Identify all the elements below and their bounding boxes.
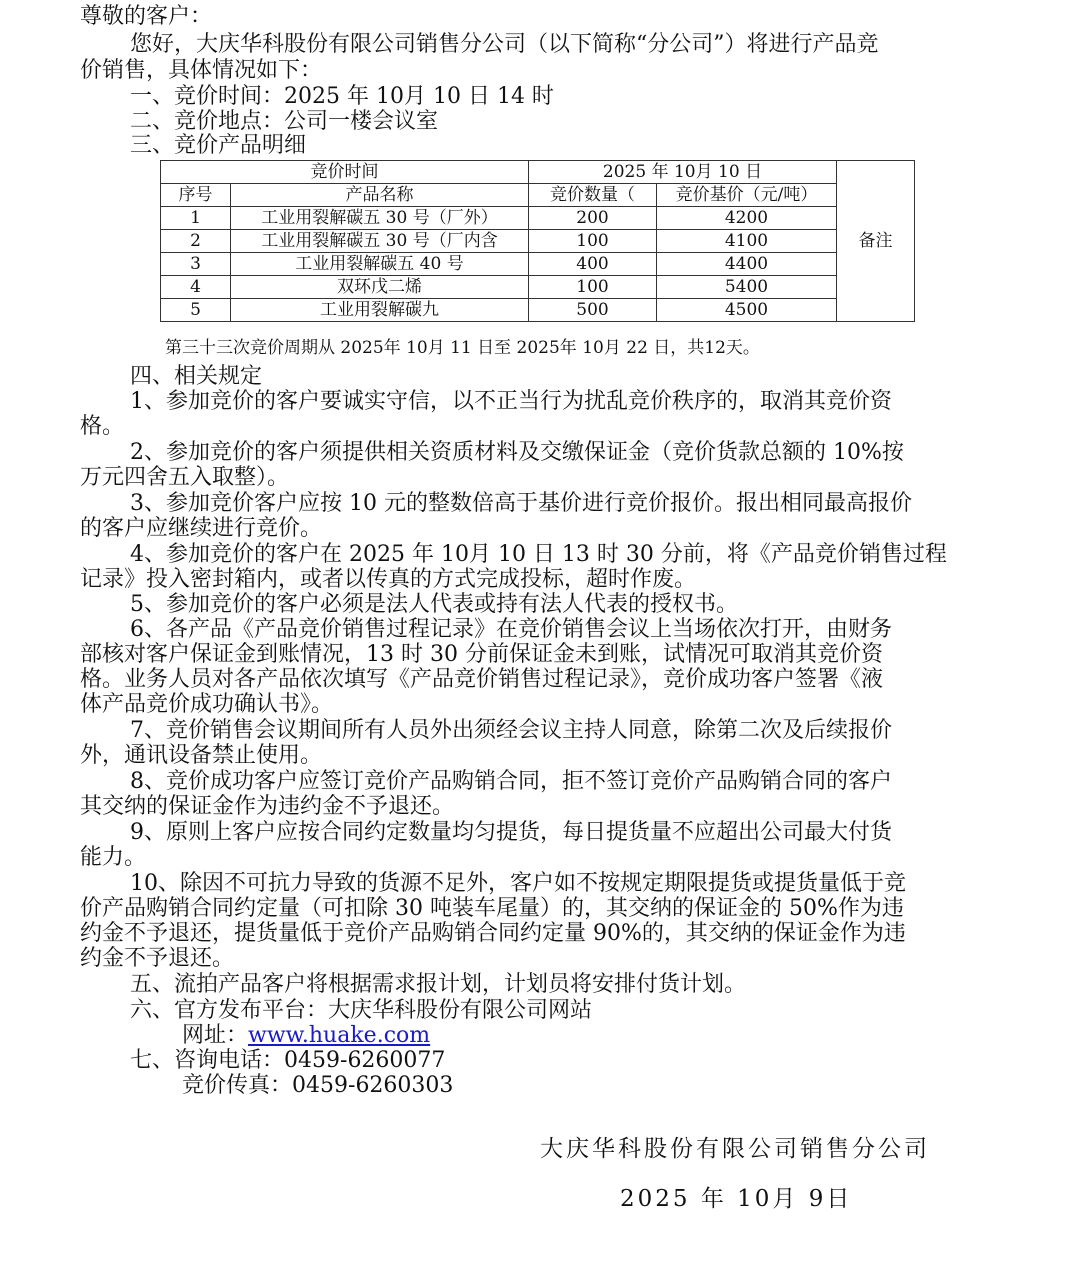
row-qty: 500 [529, 299, 657, 322]
rule-line: 的客户应继续进行竞价。 [80, 516, 322, 542]
rule-line: 记录》投入密封箱内，或者以传真的方式完成投标，超时作废。 [80, 567, 696, 593]
rule-line: 约金不予退还。 [80, 946, 234, 972]
section-bid-location: 二、竞价地点：公司一楼会议室 [130, 109, 438, 135]
rules-title: 四、相关规定 [130, 364, 262, 390]
section-official-platform: 六、官方发布平台：大庆华科股份有限公司网站 [130, 998, 592, 1024]
row-name: 工业用裂解碳五 40 号 [231, 253, 529, 276]
intro-line-2: 价销售，具体情况如下： [80, 58, 322, 84]
rule-line: 格。 [80, 414, 124, 440]
phone-line: 七、咨询电话：0459-6260077 [130, 1048, 445, 1074]
row-price: 4500 [657, 299, 837, 322]
rule-line: 10、除因不可抗力导致的货源不足外，客户如不按规定期限提货或提货量低于竞 [130, 871, 906, 897]
fax-number: 0459-6260303 [292, 1073, 453, 1098]
product-table: 竞价时间 2025 年 10月 10 日 备注 序号 产品名称 竞价数量（ 竞价… [160, 160, 915, 322]
rule-line: 万元四舍五入取整）。 [80, 465, 289, 491]
rule-line: 6、各产品《产品竞价销售过程记录》在竞价销售会议上当场依次打开，由财务 [130, 617, 892, 643]
row-qty: 100 [529, 276, 657, 299]
table-row: 3 工业用裂解碳五 40 号 400 4400 [161, 253, 915, 276]
header-no: 序号 [161, 184, 231, 207]
rule-line: 7、竞价销售会议期间所有人员外出须经会议主持人同意，除第二次及后续报价 [130, 718, 892, 744]
row-no: 1 [161, 207, 231, 230]
header-product-name: 产品名称 [231, 184, 529, 207]
signature-date: 2025 年 10月 9日 [620, 1180, 852, 1213]
row-price: 4400 [657, 253, 837, 276]
row-price: 4100 [657, 230, 837, 253]
intro-line-1: 您好，大庆华科股份有限公司销售分公司（以下简称“分公司”）将进行产品竞 [130, 32, 879, 58]
date-value-cell: 2025 年 10月 10 日 [529, 161, 837, 184]
table-header-row: 序号 产品名称 竞价数量（ 竞价基价（元/吨） [161, 184, 915, 207]
website-line: 网址：www.huake.com [182, 1023, 430, 1049]
rule-line: 能力。 [80, 845, 146, 871]
greeting: 尊敬的客户： [80, 4, 212, 30]
rule-line: 约金不予退还，提货量低于竞价产品购销合同约定量 90%的，其交纳的保证金作为违 [80, 921, 906, 947]
table-row: 5 工业用裂解碳九 500 4500 [161, 299, 915, 322]
website-link[interactable]: www.huake.com [248, 1023, 430, 1048]
rule-line: 3、参加竞价客户应按 10 元的整数倍高于基价进行竞价报价。报出相同最高报价 [130, 491, 912, 517]
row-qty: 200 [529, 207, 657, 230]
phone-label: 七、咨询电话： [130, 1048, 284, 1073]
rule-line: 格。业务人员对各产品依次填写《产品竞价销售过程记录》，竞价成功客户签署《液 [80, 667, 883, 693]
bid-cycle-note: 第三十三次竞价周期从 2025年 10月 11 日至 2025年 10月 22 … [165, 338, 760, 358]
rule-line: 4、参加竞价的客户在 2025 年 10月 10 日 13 时 30 分前，将《… [130, 542, 947, 568]
row-price: 5400 [657, 276, 837, 299]
table-header-row-time: 竞价时间 2025 年 10月 10 日 备注 [161, 161, 915, 184]
rule-line: 1、参加竞价的客户要诚实守信，以不正当行为扰乱竞价秩序的，取消其竞价资 [130, 389, 892, 415]
rule-line: 部核对客户保证金到账情况，13 时 30 分前保证金未到账，试情况可取消其竞价资 [80, 642, 883, 668]
row-no: 4 [161, 276, 231, 299]
fax-line: 竞价传真：0459-6260303 [182, 1073, 453, 1099]
section-product-details: 三、竞价产品明细 [130, 133, 306, 159]
row-name: 工业用裂解碳五 30 号（厂外） [231, 207, 529, 230]
phone-number: 0459-6260077 [284, 1048, 445, 1073]
row-price: 4200 [657, 207, 837, 230]
rule-line: 外，通讯设备禁止使用。 [80, 743, 322, 769]
rule-line: 价产品购销合同约定量（可扣除 30 吨装车尾量）的，其交纳的保证金的 50%作为… [80, 896, 904, 922]
rule-line: 9、原则上客户应按合同约定数量均匀提货，每日提货量不应超出公司最大付货 [130, 820, 892, 846]
rule-line: 2、参加竞价的客户须提供相关资质材料及交缴保证金（竞价货款总额的 10%按 [130, 440, 904, 466]
row-no: 5 [161, 299, 231, 322]
row-name: 双环戊二烯 [231, 276, 529, 299]
remark-cell: 备注 [837, 161, 915, 322]
header-quantity: 竞价数量（ [529, 184, 657, 207]
time-label-cell: 竞价时间 [161, 161, 529, 184]
header-base-price: 竞价基价（元/吨） [657, 184, 837, 207]
row-no: 2 [161, 230, 231, 253]
row-no: 3 [161, 253, 231, 276]
row-name: 工业用裂解碳五 30 号（厂内含 [231, 230, 529, 253]
table-row: 4 双环戊二烯 100 5400 [161, 276, 915, 299]
signature-company: 大庆华科股份有限公司销售分公司 [540, 1130, 930, 1163]
website-label: 网址： [182, 1023, 248, 1048]
rule-line: 其交纳的保证金作为违约金不予退还。 [80, 794, 454, 820]
row-qty: 400 [529, 253, 657, 276]
rule-line: 8、竞价成功客户应签订竞价产品购销合同，拒不签订竞价产品购销合同的客户 [130, 769, 892, 795]
section-bid-time: 一、竞价时间：2025 年 10月 10 日 14 时 [130, 84, 554, 110]
row-qty: 100 [529, 230, 657, 253]
rule-line: 5、参加竞价的客户必须是法人代表或持有法人代表的授权书。 [130, 592, 738, 618]
table-row: 2 工业用裂解碳五 30 号（厂内含 100 4100 [161, 230, 915, 253]
table-row: 1 工业用裂解碳五 30 号（厂外） 200 4200 [161, 207, 915, 230]
row-name: 工业用裂解碳九 [231, 299, 529, 322]
fax-label: 竞价传真： [182, 1073, 292, 1098]
section-unsold-products: 五、流拍产品客户将根据需求报计划，计划员将安排付货计划。 [130, 972, 746, 998]
rule-line: 体产品竞价成功确认书》。 [80, 692, 333, 718]
